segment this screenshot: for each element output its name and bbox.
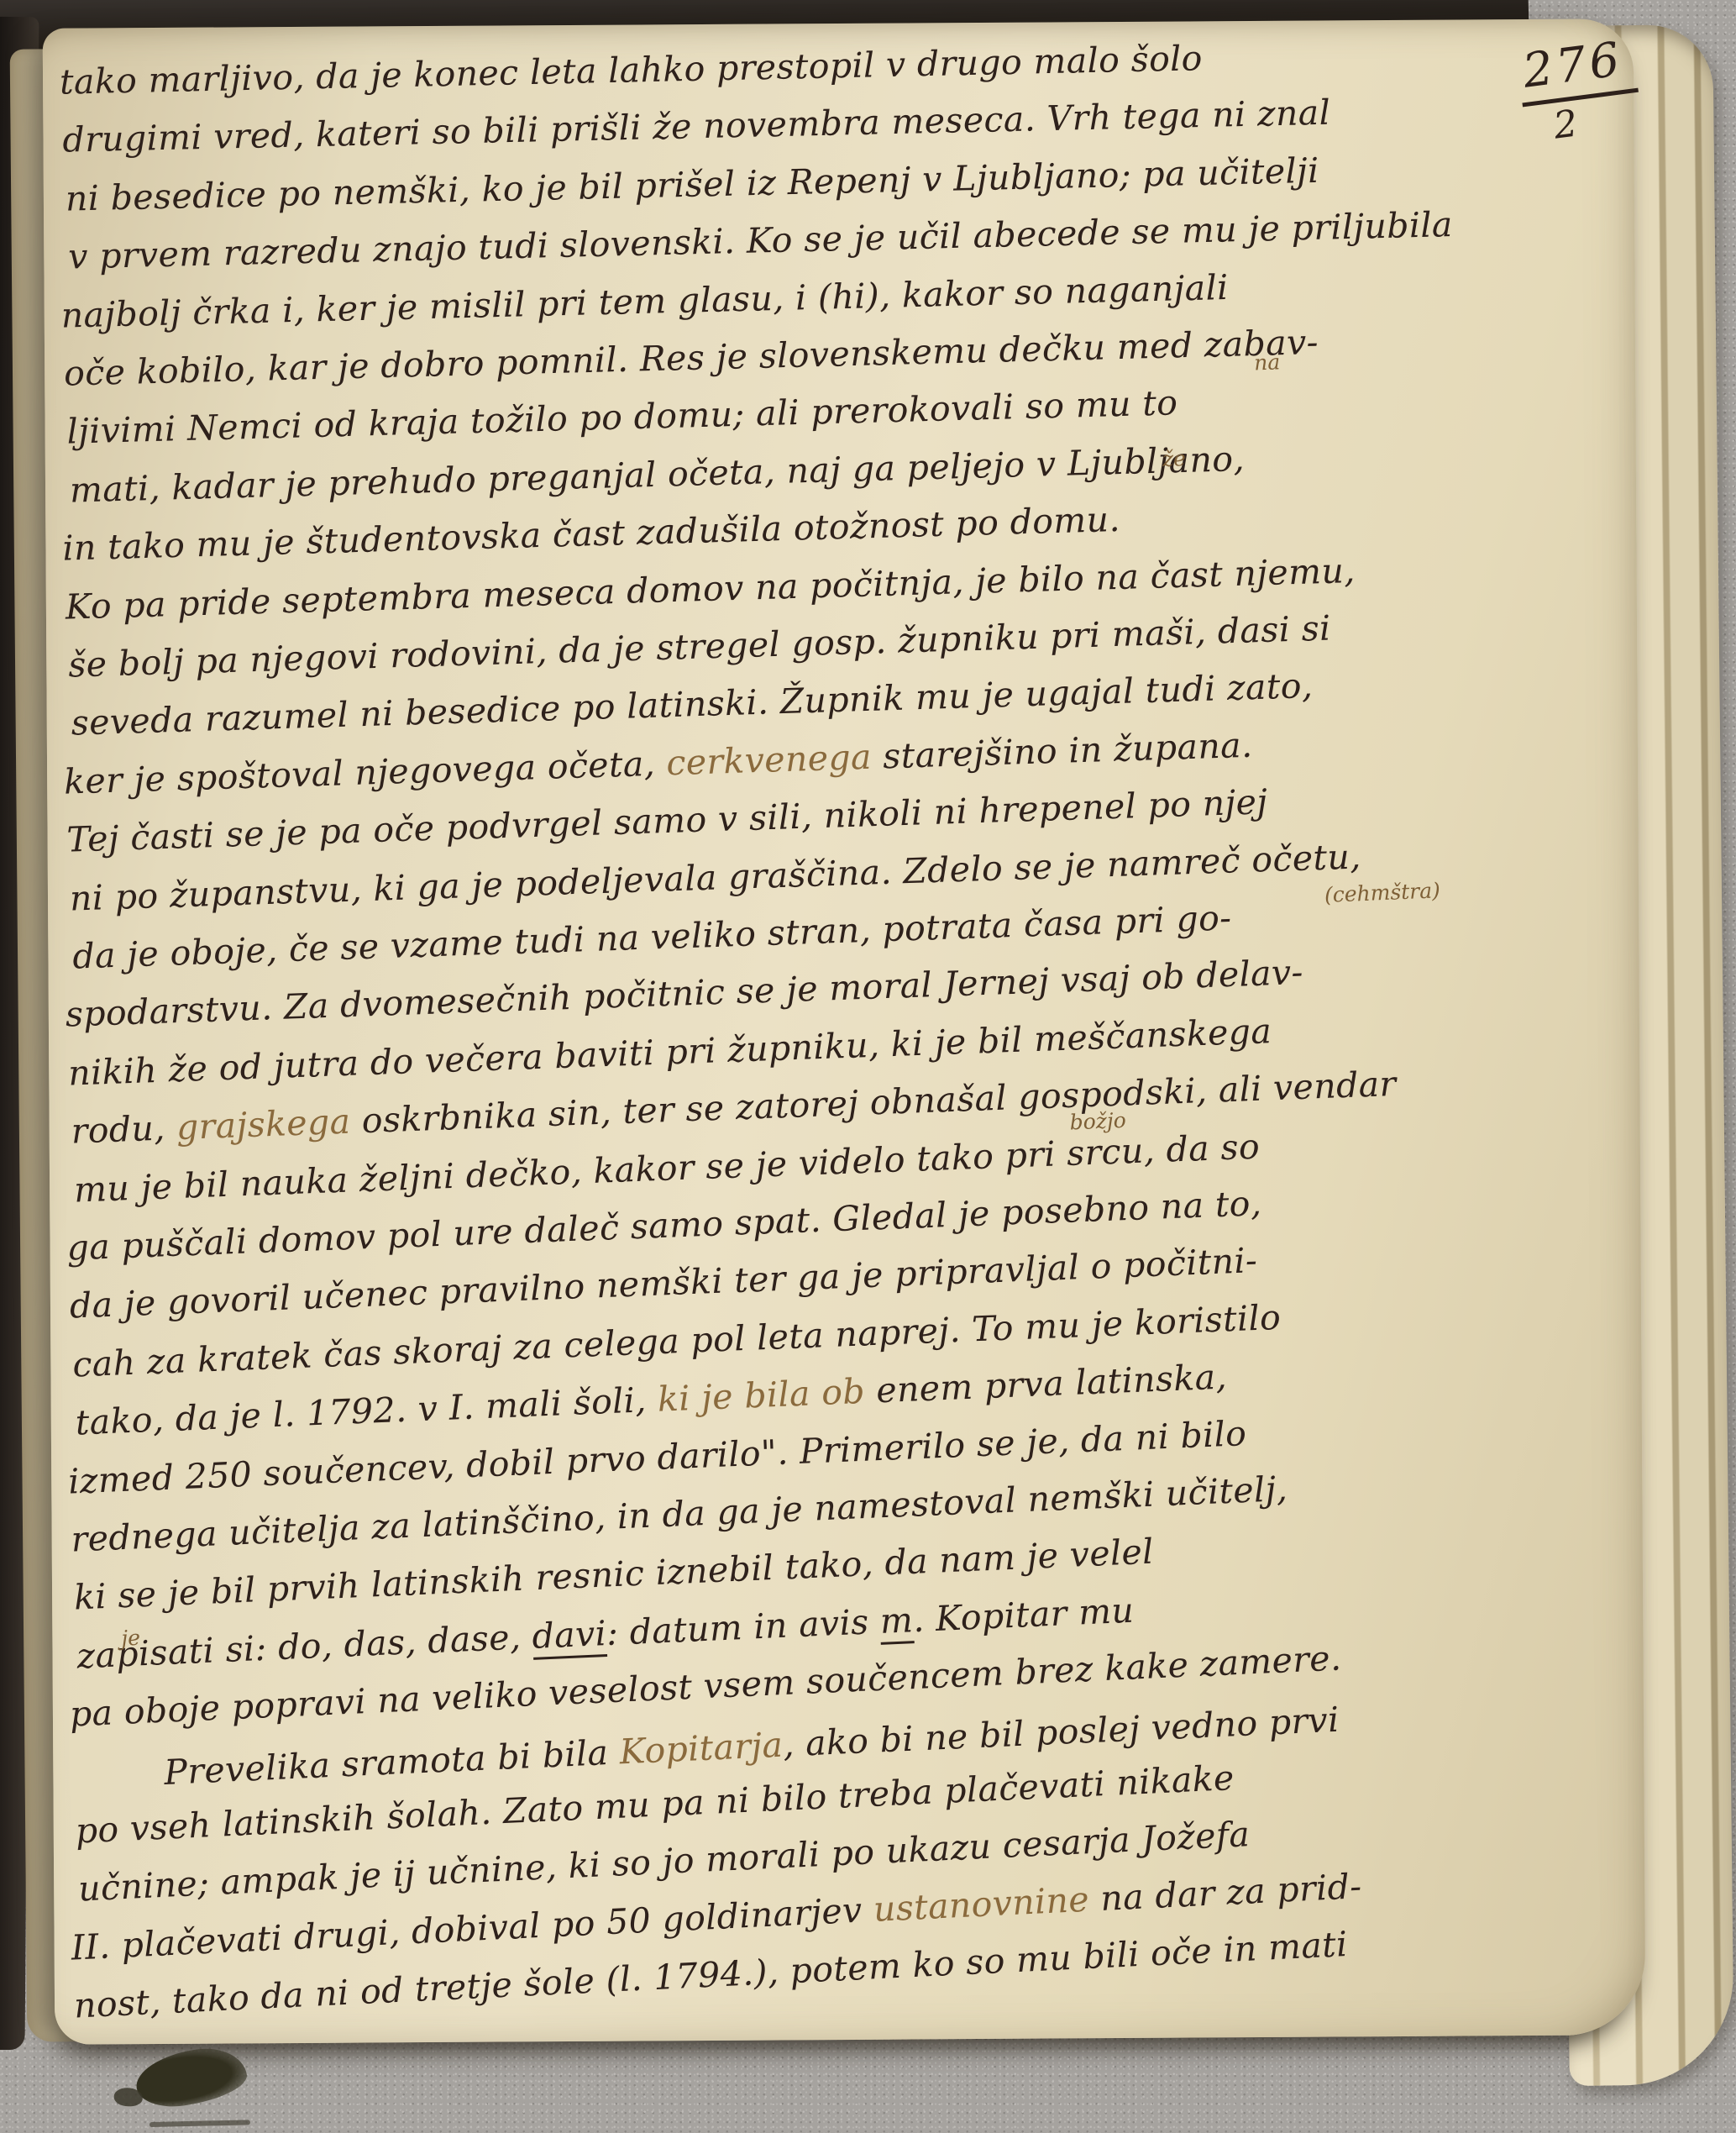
- manuscript-segment: ki je bila ob: [657, 1371, 866, 1420]
- interlinear-note: je: [121, 1626, 141, 1651]
- interlinear-note: božjo: [1069, 1108, 1126, 1135]
- manuscript-segment: ni besedice po nemški, ko je bil prišel …: [65, 150, 1319, 219]
- manuscript-line: ljivimi Nemci od kraja tožilo po domu; a…: [66, 383, 1178, 452]
- manuscript-segment: . Kopitar mu: [912, 1589, 1135, 1639]
- manuscript-page: 276 2 tako marljivo, da je konec leta la…: [43, 18, 1646, 2045]
- manuscript-line: mati, kadar je prehudo preganjal očeta, …: [69, 439, 1245, 511]
- manuscript-segment: najbolj črka i, ker je mislil pri tem gl…: [60, 267, 1229, 336]
- manuscript-segment: na dar za prid-: [1088, 1866, 1363, 1919]
- manuscript-segment: davi: [532, 1613, 608, 1660]
- manuscript-segment: in tako mu je študentovska čast zadušila…: [62, 499, 1121, 569]
- manuscript-segment: tako, da je l. 1792. v I. mali šoli,: [75, 1379, 658, 1443]
- interlinear-note: na: [1254, 349, 1281, 375]
- manuscript-segment: m: [879, 1600, 915, 1645]
- manuscript-segment: v prvem razredu znajo tudi slovenski. Ko…: [68, 204, 1453, 277]
- ink-streak: [149, 2120, 250, 2127]
- manuscript-line: v prvem razredu znajo tudi slovenski. Ko…: [68, 204, 1453, 277]
- manuscript-segment: ker je spoštoval njegovega očeta,: [63, 743, 667, 801]
- interlinear-note: (cehmštra): [1324, 878, 1440, 907]
- ink-blot-dot: [114, 2088, 143, 2106]
- manuscript-line: drugimi vred, kateri so bili prišli že n…: [62, 92, 1331, 160]
- manuscript-line: in tako mu je študentovska čast zadušila…: [62, 499, 1121, 569]
- manuscript-segment: drugimi vred, kateri so bili prišli že n…: [62, 92, 1331, 160]
- manuscript-line: tako marljivo, da je konec leta lahko pr…: [60, 38, 1204, 102]
- manuscript-segment: mati, kadar je prehudo preganjal očeta, …: [69, 439, 1245, 511]
- manuscript-text: tako marljivo, da je konec leta lahko pr…: [60, 52, 1625, 2027]
- ink-blot: [133, 2043, 250, 2112]
- manuscript-segment: Kopitarja: [618, 1724, 784, 1772]
- manuscript-segment: : datum in avis: [606, 1601, 881, 1653]
- manuscript-segment: grajskega: [176, 1101, 351, 1148]
- manuscript-segment: zapisati si: do, das, dase,: [76, 1616, 532, 1677]
- manuscript-segment: Prevelika sramota bi bila: [163, 1731, 620, 1792]
- manuscript-line: ni besedice po nemški, ko je bil prišel …: [65, 150, 1319, 219]
- interlinear-note: že: [1162, 446, 1186, 471]
- photo-scene: 276 2 tako marljivo, da je konec leta la…: [0, 0, 1736, 2133]
- manuscript-segment: cerkvenega: [666, 737, 873, 784]
- manuscript-segment: rodu,: [71, 1107, 177, 1151]
- manuscript-segment: , ako bi ne bil poslej vedno prvi: [782, 1699, 1340, 1764]
- manuscript-segment: ljivimi Nemci od kraja tožilo po domu; a…: [66, 383, 1178, 452]
- manuscript-segment: tako marljivo, da je konec leta lahko pr…: [60, 38, 1204, 102]
- manuscript-segment: enem prva latinska,: [864, 1357, 1228, 1411]
- manuscript-line: najbolj črka i, ker je mislil pri tem gl…: [60, 267, 1229, 336]
- manuscript-segment: starejšino in župana.: [871, 724, 1253, 776]
- manuscript-segment: ustanovnine: [873, 1878, 1090, 1929]
